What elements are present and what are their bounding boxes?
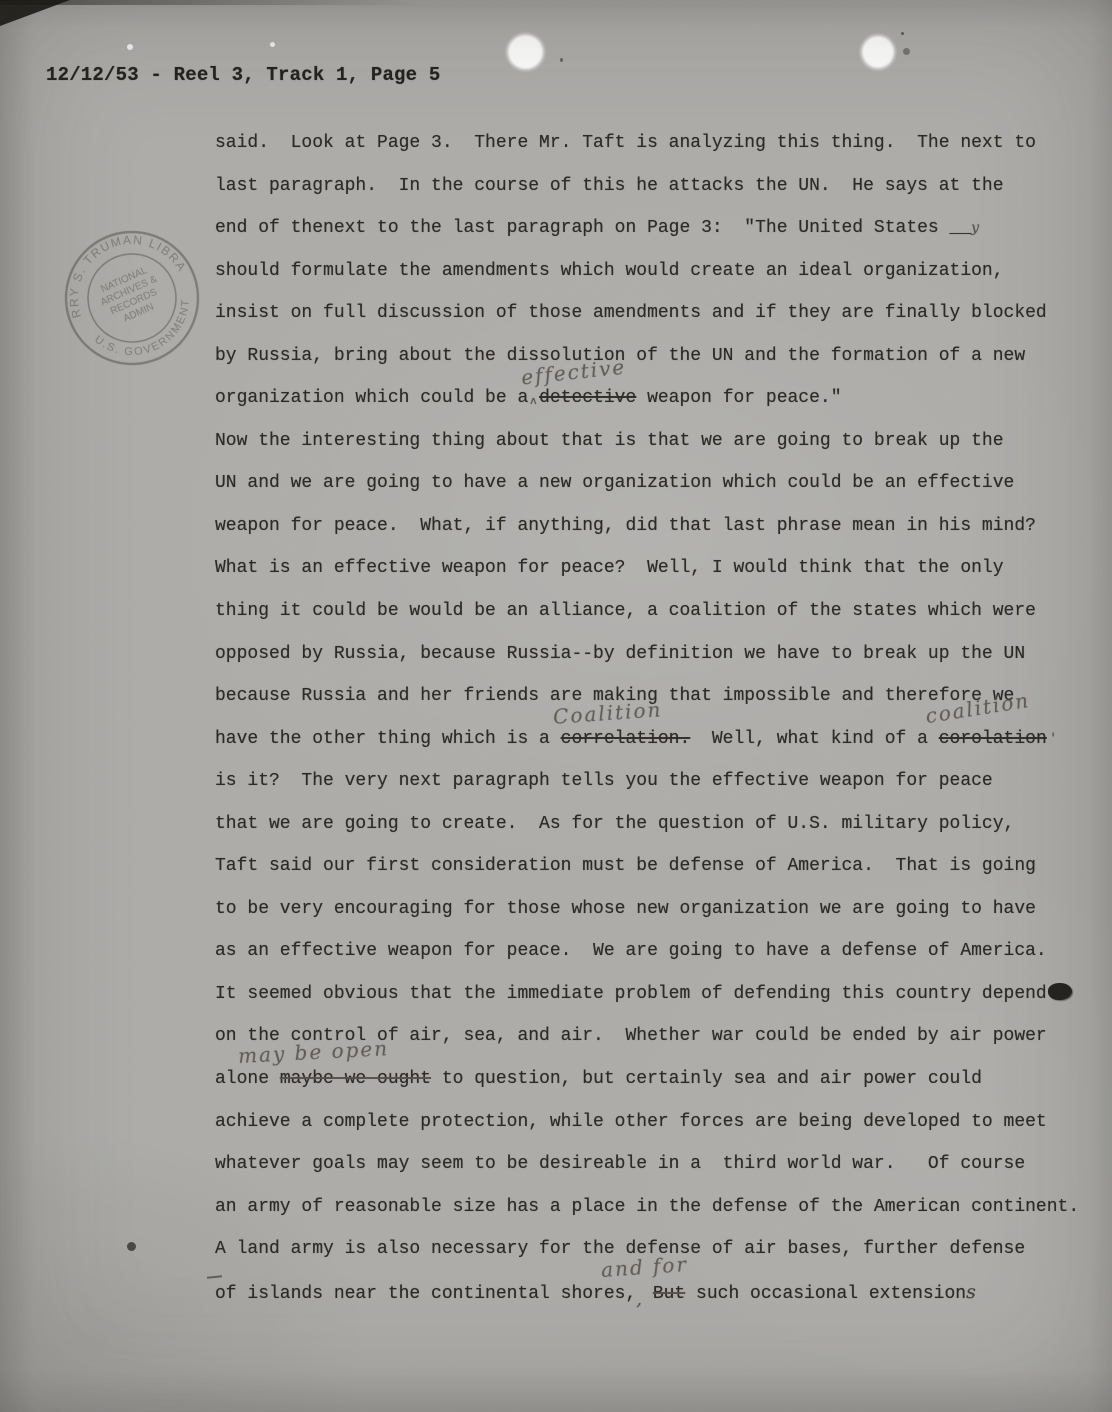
typed-line: an army of reasonable size has a place i… xyxy=(215,1186,1079,1229)
correction: ʌdetectiveeffective xyxy=(539,388,636,408)
typed-line: whatever goals may seem to be desireable… xyxy=(215,1143,1079,1186)
typed-text: an army of reasonable size has a place i… xyxy=(215,1197,1079,1217)
typed-text: last paragraph. In the course of this he… xyxy=(215,176,1004,196)
typed-text: weapon for peace. What, if anything, did… xyxy=(215,516,1036,536)
typed-line: last paragraph. In the course of this he… xyxy=(215,165,1079,208)
typed-line: organization which could be a ʌdetective… xyxy=(215,377,1079,420)
scan-edge-shadow xyxy=(0,0,420,5)
typed-text: UN and we are going to have a new organi… xyxy=(215,473,1014,493)
typed-text: to be very encouraging for those whose n… xyxy=(215,899,1036,919)
typed-text: alone xyxy=(215,1069,280,1089)
page-header: 12/12/53 - Reel 3, Track 1, Page 5 xyxy=(46,64,440,86)
ink-blot xyxy=(1047,982,1072,1001)
correction: corolationcoalition xyxy=(939,729,1047,749)
document-page: 12/12/53 - Reel 3, Track 1, Page 5 HARRY… xyxy=(0,0,1112,1412)
paper-speck xyxy=(127,44,133,50)
typed-text: should formulate the amendments which wo… xyxy=(215,261,1004,281)
struck-text: correlation. xyxy=(561,729,691,749)
struck-text: corolation xyxy=(939,729,1047,749)
typed-text: have the other thing which is a xyxy=(215,729,561,749)
typed-line: said. Look at Page 3. There Mr. Taft is … xyxy=(215,122,1079,165)
typed-line: end of thenext to the last paragraph on … xyxy=(215,207,1079,250)
typed-text: said. Look at Page 3. There Mr. Taft is … xyxy=(215,133,1036,153)
paper-speck xyxy=(901,32,904,35)
handwritten-letter: s xyxy=(966,1281,976,1303)
correction: Butand for xyxy=(653,1284,685,1304)
typed-line: should formulate the amendments which wo… xyxy=(215,250,1079,293)
typed-text: organization which could be a xyxy=(215,388,539,408)
typed-text: It seemed obvious that the immediate pro… xyxy=(215,984,1047,1004)
typed-text: weapon for peace." xyxy=(636,388,841,408)
typed-line: is it? The very next paragraph tells you… xyxy=(215,760,1079,803)
pencil-mark: y xyxy=(971,220,979,236)
pencil-mark: ' xyxy=(1047,731,1055,747)
typed-text: of islands near the continental shores, xyxy=(215,1284,636,1304)
hole-punch-right xyxy=(862,36,894,68)
typed-line: Now the interesting thing about that is … xyxy=(215,420,1079,463)
paper-speck xyxy=(903,48,910,55)
typed-text: achieve a complete protection, while oth… xyxy=(215,1112,1047,1132)
typed-text: whatever goals may seem to be desireable… xyxy=(215,1154,1025,1174)
typed-text: such occasional extension xyxy=(685,1284,966,1304)
struck-text: maybe we ought xyxy=(280,1069,431,1089)
handwritten-annotation: and for xyxy=(600,1254,688,1280)
typed-text: as an effective weapon for peace. We are… xyxy=(215,941,1047,961)
typed-text: Taft said our first consideration must b… xyxy=(215,856,1036,876)
typed-text: end of thenext to the last paragraph on … xyxy=(215,218,971,238)
struck-text: But xyxy=(653,1284,685,1304)
hole-punch-left xyxy=(508,35,543,69)
typed-text: opposed by Russia, because Russia--by de… xyxy=(215,644,1025,664)
typed-line: as an effective weapon for peace. We are… xyxy=(215,930,1079,973)
typed-text: that we are going to create. As for the … xyxy=(215,814,1014,834)
typed-text: What is an effective weapon for peace? W… xyxy=(215,558,1004,578)
typed-line: It seemed obvious that the immediate pro… xyxy=(215,973,1079,1016)
typed-line: weapon for peace. What, if anything, did… xyxy=(215,505,1079,548)
typed-line: achieve a complete protection, while oth… xyxy=(215,1101,1079,1144)
correction: maybe we oughtmay be open xyxy=(280,1069,431,1089)
paper-speck xyxy=(270,42,275,47)
handwritten-annotation: may be open xyxy=(237,1038,389,1066)
pencil-mark: , xyxy=(636,1289,642,1310)
typed-text: thing it could be would be an alliance, … xyxy=(215,601,1036,621)
typed-line: by Russia, bring about the dissolution o… xyxy=(215,335,1079,378)
stamp-center-text: NATIONAL ARCHIVES & RECORDS ADMIN xyxy=(94,263,169,331)
typed-line: opposed by Russia, because Russia--by de… xyxy=(215,633,1079,676)
typed-line: Taft said our first consideration must b… xyxy=(215,845,1079,888)
typed-line: UN and we are going to have a new organi… xyxy=(215,462,1079,505)
ink-speck xyxy=(127,1242,136,1251)
struck-text: detective xyxy=(539,388,636,408)
typed-text: Well, what kind of a xyxy=(690,729,938,749)
typed-text: to question, but certainly sea and air p… xyxy=(431,1069,982,1089)
typed-text xyxy=(642,1284,653,1304)
typed-line: that we are going to create. As for the … xyxy=(215,803,1079,846)
paper-speck xyxy=(560,58,563,62)
correction: correlation.Coalition xyxy=(561,729,691,749)
typed-line: to be very encouraging for those whose n… xyxy=(215,888,1079,931)
typed-line: of islands near the continental shores,,… xyxy=(215,1271,1079,1314)
typed-line: thing it could be would be an alliance, … xyxy=(215,590,1079,633)
caret-mark: ʌ xyxy=(530,395,537,406)
document-body: said. Look at Page 3. There Mr. Taft is … xyxy=(215,122,1079,1313)
typed-text: is it? The very next paragraph tells you… xyxy=(215,771,993,791)
typed-line: insist on full discussion of those amend… xyxy=(215,292,1079,335)
typed-text: insist on full discussion of those amend… xyxy=(215,303,1047,323)
typed-line: What is an effective weapon for peace? W… xyxy=(215,547,1079,590)
typed-line: alone maybe we oughtmay be open to quest… xyxy=(215,1058,1079,1101)
handwritten-annotation: Coalition xyxy=(552,699,663,727)
typed-text: Now the interesting thing about that is … xyxy=(215,431,1004,451)
typed-line: have the other thing which is a correlat… xyxy=(215,718,1079,761)
